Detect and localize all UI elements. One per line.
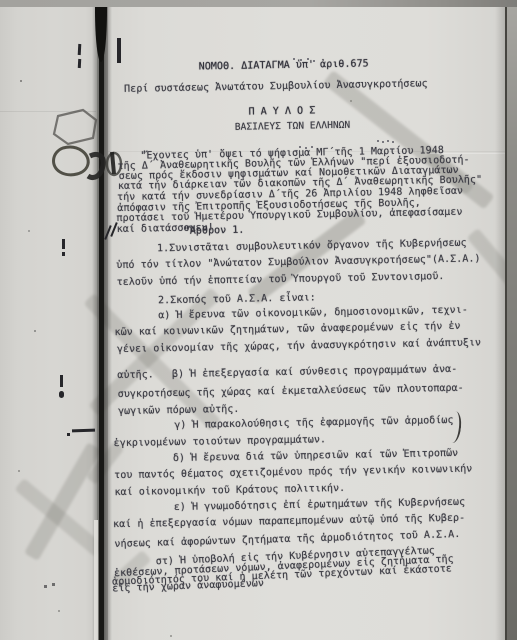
item-b-line: συγκροτήσεως τῆς χώρας καί ἐκμεταλλεύσεω… bbox=[118, 384, 464, 401]
item-d-line: δ) Ἡ ἔρευνα διά τῶν ὑπηρεσιῶν καί τῶν Ἐπ… bbox=[173, 449, 458, 465]
body-line: 2.Σκοπός τοῦ Α.Σ.Α. εἶναι: bbox=[158, 293, 316, 306]
body-line: 1.Συνιστᾶται συμβουλευτικόν ὄργανον τῆς … bbox=[157, 239, 467, 255]
body-line: ὑπό τόν τίτλον "Ἀνώτατον Συμβούλιον Ἀνασ… bbox=[116, 254, 480, 271]
item-a-line: α) Ἡ ἔρευνα τῶν οἰκονομικῶν, δημοσιονομι… bbox=[158, 306, 468, 322]
article-1-heading: "Ἄρθρον 1. bbox=[184, 226, 245, 238]
item-a-line: κῶν καί κοινωνικῶν ζητημάτων, τῶν ἀναφερ… bbox=[115, 322, 461, 339]
item-b-line: αὐτῆς. β) Ἡ ἐπεξεργασία καί σύνθεσις προ… bbox=[117, 365, 457, 382]
king-title: ΒΑΣΙΛΕΥΣ ΤΩΝ ΕΛΛΗΝΩΝ bbox=[235, 121, 351, 133]
king-name: Π Α Υ Λ Ο Σ bbox=[248, 106, 315, 118]
item-d-line: καί οἰκονομικήν τοῦ Κράτους πολιτικήν. bbox=[114, 484, 345, 499]
item-d-line: του παντός θέματος σχετιζομένου πρός τήν… bbox=[114, 465, 472, 482]
item-b-line: γωγικῶν πόρων αὐτῆς. bbox=[118, 405, 240, 418]
scanned-document: ΝΟΜΟΘ. ΔΙΑΤΑΓΜΑ ὑπ' ἀριθ.675Περί συστάσε… bbox=[0, 0, 517, 640]
item-c-line: γ) Ἡ παρακολούθησις τῆς ἐφαρμογῆς τῶν ἁρ… bbox=[174, 416, 453, 432]
decree-subject: Περί συστάσεως Ἀνωτάτου Συμβουλίου Ἀνασυ… bbox=[124, 79, 428, 95]
item-c-line: ἐγκρινομένων τοιούτων προγραμμάτων. bbox=[114, 435, 327, 449]
decree-number: ΝΟΜΟΘ. ΔΙΑΤΑΓΜΑ ὑπ' ἀριθ.675 bbox=[199, 59, 369, 73]
item-e-line: ε) Ἡ γνωμοδότησις ἐπί ἐρωτημάτων τῆς Κυβ… bbox=[174, 498, 466, 514]
body-line: τελοῦν ὑπό τήν ἐποπτείαν τοῦ Ὑπουργοῦ το… bbox=[117, 272, 445, 289]
item-a-line: γένει οἰκονομίαν τῆς χώρας, τήν ἀνασυγκρ… bbox=[117, 338, 481, 355]
item-e-line: καί ἡ ἐπεξεργασία νόμων παραπεμπομένων α… bbox=[113, 514, 465, 531]
typed-text-layer: ΝΟΜΟΘ. ΔΙΑΤΑΓΜΑ ὑπ' ἀριθ.675Περί συστάσε… bbox=[0, 0, 517, 640]
